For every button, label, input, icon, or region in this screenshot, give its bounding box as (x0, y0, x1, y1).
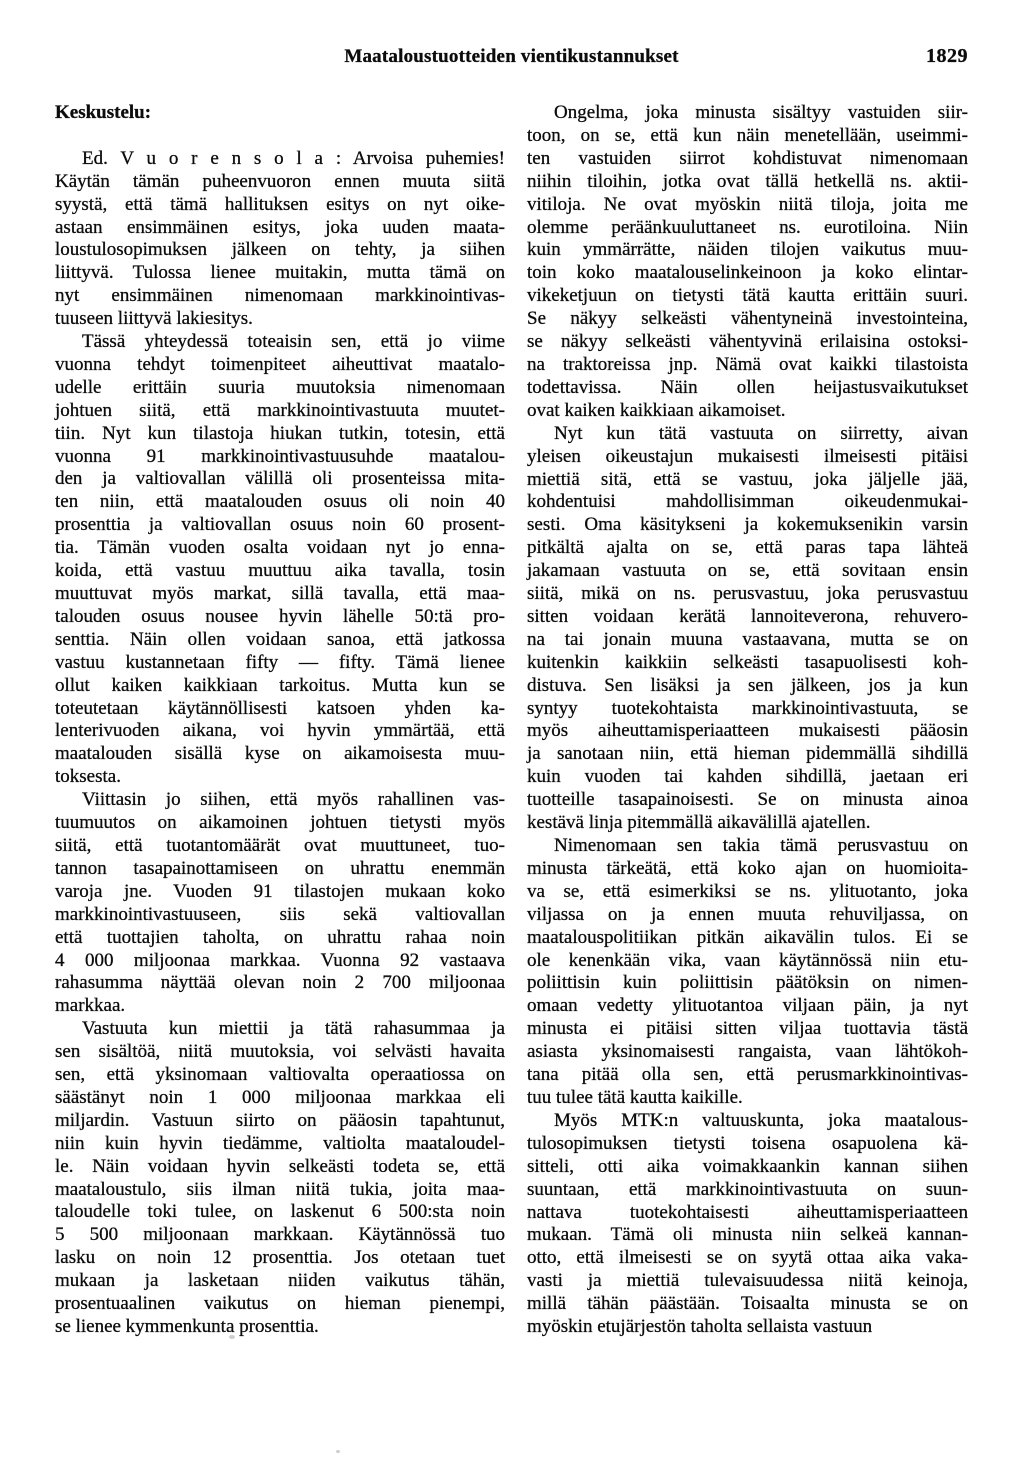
text-line: mukaan ja lasketaan niiden vaikutus tähä… (55, 1270, 505, 1293)
text-line: lenterivuoden aikana, voi hyvin ymmärtää… (55, 720, 505, 743)
text-line: Nyt kun tätä vastuuta on siirretty, aiva… (527, 423, 968, 446)
text-line: miljardin. Vastuun siirto on pääosin tap… (55, 1110, 505, 1133)
text-line: le. Näin voidaan hyvin selkeästi todeta … (55, 1156, 505, 1179)
text-line: den ja valtiovallan välillä oli prosente… (55, 468, 505, 491)
scan-speck (336, 1450, 340, 1453)
text-line: myöskin etujärjestön taholta sellaista v… (527, 1316, 968, 1339)
text-line: miettiä sitä, että se vastuu, joka jälje… (527, 469, 968, 492)
text-line: toteutetaan käytännöllisesti katsoen yhd… (55, 698, 505, 721)
text-line: Tässä yhteydessä toteaisin sen, että jo … (55, 331, 505, 354)
running-header-title: Maataloustuotteiden vientikustannukset (55, 46, 968, 68)
text-line: poliittisin kuin poliittisin päätöksin o… (527, 972, 968, 995)
text-line: talouden osuus nousee hyvin lähelle 50:t… (55, 606, 505, 629)
text-line: suuntaan, että markkinointivastuuta on s… (527, 1179, 968, 1202)
paragraph: Tässä yhteydessä toteaisin sen, että jo … (55, 331, 505, 789)
text-line: ole kenenkään vika, vaan käytännössä nii… (527, 950, 968, 973)
left-column: Keskustelu: Ed. V u o r e n s o l a : Ar… (55, 102, 505, 1339)
text-line: toon, on se, että kun näin menetellään, … (527, 125, 968, 148)
scan-speck (229, 1335, 235, 1339)
text-line: na traktoreissa jnp. Nämä ovat kaikki ti… (527, 354, 968, 377)
text-line: toksesta. (55, 766, 505, 789)
section-heading: Keskustelu: (55, 102, 505, 125)
text-line: sitteli, otti aika voimakkaankin kannan … (527, 1156, 968, 1179)
text-line: liittyvä. Tulossa lienee muitakin, mutta… (55, 262, 505, 285)
text-line: se lienee kymmenkunta prosenttia. (55, 1316, 505, 1339)
text-line: maatalouden sisällä kyse on aikamoisesta… (55, 743, 505, 766)
paragraph: Viittasin jo siihen, että myös rahalline… (55, 789, 505, 1018)
text-line: markkinointivastuuseen, siis sekä valtio… (55, 904, 505, 927)
text-line: maatalouspolitiikan pitkän aikavälin tul… (527, 927, 968, 950)
text-line: Käytän tämän puheenvuoron ennen muuta si… (55, 171, 505, 194)
right-column: Ongelma, joka minusta sisältyy vastuiden… (527, 102, 968, 1339)
text-line: siitä, että tuotantomäärät ovat muuttune… (55, 835, 505, 858)
text-line: distuva. Sen lisäksi ja sen jälkeen, jos… (527, 675, 968, 698)
text-line: maataloustulo, siis ilman niitä tukia, j… (55, 1179, 505, 1202)
text-line: tulosopimuksen tietysti toisena osapuole… (527, 1133, 968, 1156)
text-line: siitä, mikä on ns. perusvastuu, joka per… (527, 583, 968, 606)
text-line: na tai jonain muuna vastaavana, mutta se… (527, 629, 968, 652)
text-line: tannon tasapainottamiseen on uhrattu ene… (55, 858, 505, 881)
text-line: syntyy tuotekohtaista markkinointivastuu… (527, 698, 968, 721)
text-line: senttia. Näin ollen voidaan sanoa, että … (55, 629, 505, 652)
text-line: Se näkyy selkeästi vähentyneinä investoi… (527, 308, 968, 331)
text-line: rahasumma näyttää olevan noin 2 700 milj… (55, 972, 505, 995)
text-line: viljassa on ja ennen muuta rehuviljassa,… (527, 904, 968, 927)
text-line: prosentuaalinen vaikutus on hieman piene… (55, 1293, 505, 1316)
text-line: niin kuin hyvin tiedämme, valtiolta maat… (55, 1133, 505, 1156)
text-line: lasku on noin 12 prosenttia. Jos otetaan… (55, 1247, 505, 1270)
text-line: omaan vedetty ylituotantoa viljaan päin,… (527, 995, 968, 1018)
text-line: ten vastuiden siirrot kohdistuvat nimeno… (527, 148, 968, 171)
left-column-paragraphs: Ed. V u o r e n s o l a : Arvoisa puhemi… (55, 148, 505, 1339)
text-line: kestävä linja pitemmällä aikavälillä aja… (527, 812, 968, 835)
text-line: nyt ensimmäinen nimenomaan markkinointiv… (55, 285, 505, 308)
text-line: vastuu kustannetaan fifty — fifty. Tämä … (55, 652, 505, 675)
text-line: ollut kaiken kaikkiaan tarkoitus. Mutta … (55, 675, 505, 698)
text-line: myös aiheuttamisperiaatteen mukaisesti p… (527, 720, 968, 743)
text-line: yleisen oikeustajun mukaisesti ilmeisest… (527, 446, 968, 469)
text-line: vikeketjuun on tietysti tätä kautta erit… (527, 285, 968, 308)
text-line: pitkältä ajalta on se, että paras tapa l… (527, 537, 968, 560)
text-line: sesti. Oma käsitykseni ja kokemuksenikin… (527, 514, 968, 537)
text-line: johtuen siitä, että markkinointivastuuta… (55, 400, 505, 423)
paragraph: Ongelma, joka minusta sisältyy vastuiden… (527, 102, 968, 423)
text-line: markkaa. (55, 995, 505, 1018)
text-line: varoja jne. Vuoden 91 tilastojen mukaan … (55, 881, 505, 904)
text-line: Myös MTK:n valtuuskunta, joka maatalous- (527, 1110, 968, 1133)
text-line: kuitenkin kaikkiin selkeästi tasapuolise… (527, 652, 968, 675)
text-line: loustulosopimuksen jälkeen on tehty, ja … (55, 239, 505, 262)
text-line: minusta ei pitäisi sitten viljaa tuottav… (527, 1018, 968, 1041)
text-line: tia. Tämän vuoden osalta voidaan nyt jo … (55, 537, 505, 560)
text-line: tuumuutos on aikamoinen johtuen tietysti… (55, 812, 505, 835)
text-line: asiasta yksinomaisesti rangaista, vaan l… (527, 1041, 968, 1064)
text-line: ovat kaiken kaikkiaan aikamoiset. (527, 400, 968, 423)
text-line: millä tähän päästään. Toisaalta minusta … (527, 1293, 968, 1316)
text-line: niihin tiloihin, jotka ovat tällä hetkel… (527, 171, 968, 194)
document-page: Maataloustuotteiden vientikustannukset 1… (0, 0, 1024, 1479)
paragraph: Myös MTK:n valtuuskunta, joka maatalous-… (527, 1110, 968, 1339)
page-number: 1829 (926, 45, 968, 68)
text-line: ja sanotaan niin, että hieman pidemmällä… (527, 743, 968, 766)
text-line: Viittasin jo siihen, että myös rahalline… (55, 789, 505, 812)
text-line: kuin vuoden tai kahden sihdillä, jaetaan… (527, 766, 968, 789)
text-line: mukaan. Tämä oli minusta niin selkeä kan… (527, 1224, 968, 1247)
paragraph: Vastuuta kun miettii ja tätä rahasummaa … (55, 1018, 505, 1339)
text-line: sen sisältöä, niitä muutoksia, voi selvä… (55, 1041, 505, 1064)
text-line: sitten voidaan kerätä lannoiteverona, re… (527, 606, 968, 629)
text-line: Ongelma, joka minusta sisältyy vastuiden… (527, 102, 968, 125)
paragraph: Ed. V u o r e n s o l a : Arvoisa puhemi… (55, 148, 505, 331)
text-line: tuu tulee tätä kautta kaikille. (527, 1087, 968, 1110)
text-line: Vastuuta kun miettii ja tätä rahasummaa … (55, 1018, 505, 1041)
text-line: astaan ensimmäinen esitys, joka uuden ma… (55, 217, 505, 240)
text-line: tuuseen liittyvä lakiesitys. (55, 308, 505, 331)
text-line: nattava tuotekohtaisesti aiheuttamisperi… (527, 1202, 968, 1225)
text-line: olemme peräänkuuluttaneet ns. eurotiloin… (527, 217, 968, 240)
text-line: tana pitää olla sen, että perusmarkkinoi… (527, 1064, 968, 1087)
text-line: jakamaan vastuuta on se, että sovitaan e… (527, 560, 968, 583)
text-line: se näkyy selkeästi vähentyvinä erilaisin… (527, 331, 968, 354)
text-line: vuonna 91 markkinointivastuusuhde maatal… (55, 446, 505, 469)
text-line: kohdentuisi mahdollisimman oikeudenmukai… (527, 491, 968, 514)
text-line: udelle erittäin suuria muutoksia nimenom… (55, 377, 505, 400)
text-line: muuttuvat myös markat, sillä tavalla, et… (55, 583, 505, 606)
text-line: koida, että vastuu muuttuu aika tavalla,… (55, 560, 505, 583)
text-line: todettavissa. Näin ollen heijastusvaikut… (527, 377, 968, 400)
text-line: Nimenomaan sen takia tämä perusvastuu on (527, 835, 968, 858)
text-line: kuin ymmärrätte, näiden tilojen vaikutus… (527, 239, 968, 262)
paragraph: Nyt kun tätä vastuuta on siirretty, aiva… (527, 423, 968, 835)
text-line: taloudelle toki tulee, on laskenut 6 500… (55, 1201, 505, 1224)
text-line: syystä, että tämä hallituksen esitys on … (55, 194, 505, 217)
text-line: 4 000 miljoonaa markkaa. Vuonna 92 vasta… (55, 950, 505, 973)
text-line: että tuottajien taholta, on uhrattu raha… (55, 927, 505, 950)
paragraph: Nimenomaan sen takia tämä perusvastuu on… (527, 835, 968, 1110)
text-line: vitiloja. Ne ovat myöskin niitä tiloja, … (527, 194, 968, 217)
text-line: Ed. V u o r e n s o l a : Arvoisa puhemi… (55, 148, 505, 171)
right-column-paragraphs: Ongelma, joka minusta sisältyy vastuiden… (527, 102, 968, 1339)
text-line: prosenttia ja valtiovallan osuus noin 60… (55, 514, 505, 537)
text-line: 5 500 miljoonaan markkaan. Käytännössä t… (55, 1224, 505, 1247)
text-line: vuonna tehdyt toimenpiteet aiheuttivat m… (55, 354, 505, 377)
text-line: minusta tärkeätä, että koko ajan on huom… (527, 858, 968, 881)
text-line: säästänyt noin 1 000 miljoonaa markkaa e… (55, 1087, 505, 1110)
text-line: otto, että ilmeisesti se on syytä ottaa … (527, 1247, 968, 1270)
text-line: va se, että esimerkiksi se ns. ylituotan… (527, 881, 968, 904)
text-line: tiin. Nyt kun tilastoja hiukan tutkin, t… (55, 423, 505, 446)
text-line: sen, että yksinomaan valtiovalta operaat… (55, 1064, 505, 1087)
text-line: toin koko maatalouselinkeinoon ja koko e… (527, 262, 968, 285)
text-line: tuotteille tasapainoisesti. Se on minust… (527, 789, 968, 812)
text-line: vasti ja miettiä tulevaisuudessa niitä k… (527, 1270, 968, 1293)
text-line: ten niin, että maatalouden osuus oli noi… (55, 491, 505, 514)
